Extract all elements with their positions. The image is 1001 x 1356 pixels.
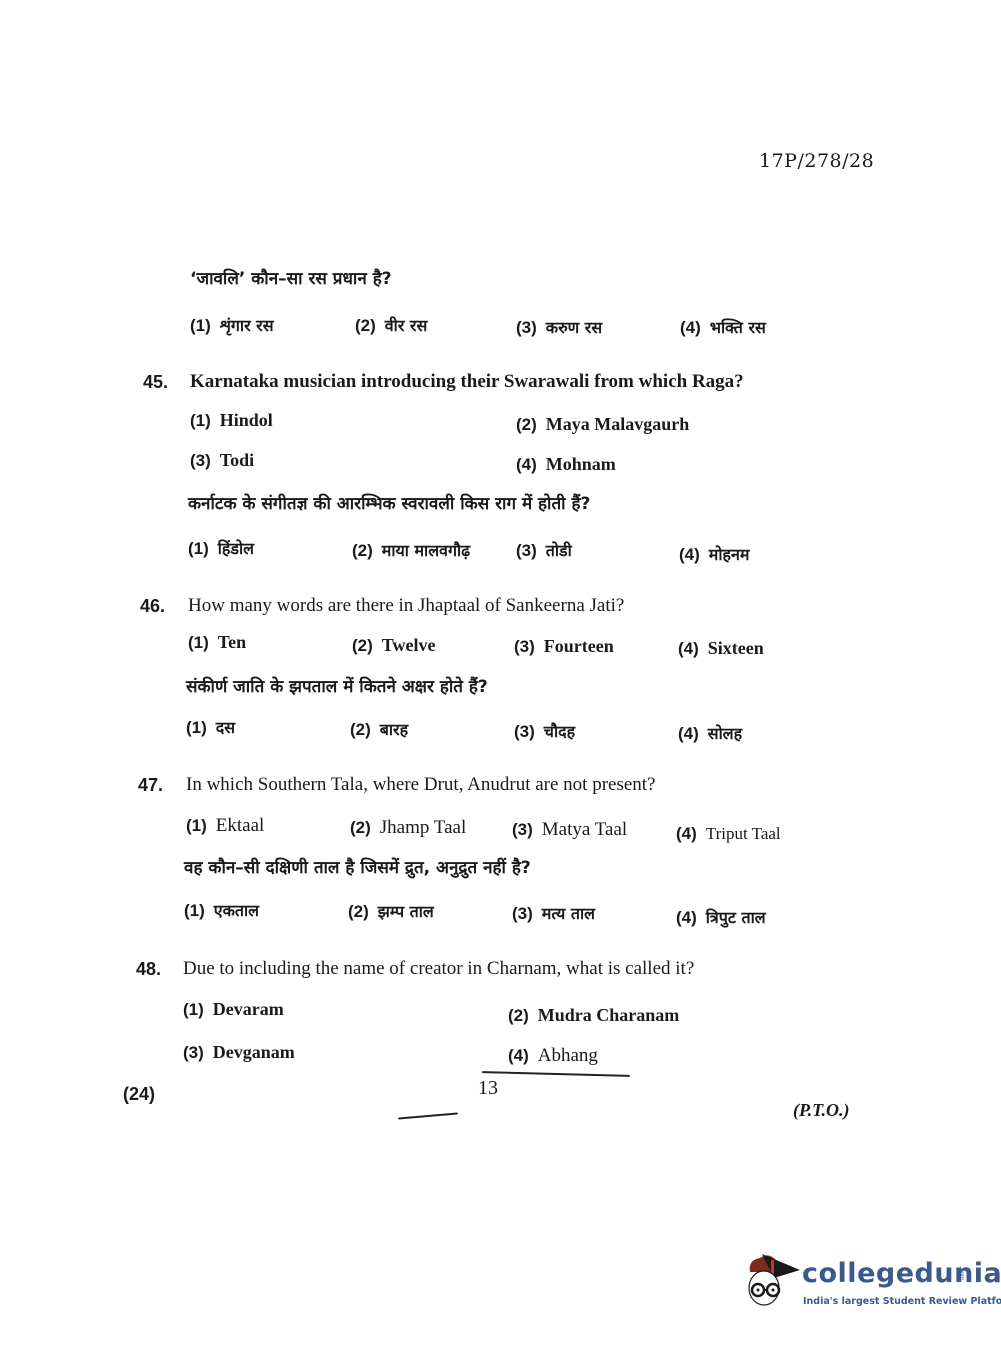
page-number: 13 bbox=[478, 1077, 498, 1100]
option-hindi: (1)एकताल bbox=[184, 899, 259, 921]
question-number: 48. bbox=[136, 959, 161, 980]
paper-code: 17P/278/28 bbox=[759, 150, 874, 172]
option-english: (1)Devaram bbox=[183, 999, 284, 1020]
option-english: (4)Sixteen bbox=[678, 638, 764, 659]
option-english: (3)Devganam bbox=[183, 1042, 295, 1063]
question-number: 47. bbox=[138, 775, 163, 796]
question-number: 45. bbox=[143, 372, 168, 393]
option-hindi: (4)भक्ति रस bbox=[680, 316, 766, 338]
option-hindi: (3)चौदह bbox=[514, 720, 575, 742]
option-english: (3)Matya Taal bbox=[512, 819, 627, 841]
option-hindi: (4)मोहनम bbox=[679, 543, 749, 565]
question-text-hindi: कर्नाटक के संगीतज्ञ की आरम्भिक स्वरावली … bbox=[188, 491, 590, 514]
option-hindi: (4)त्रिपुट ताल bbox=[676, 906, 766, 928]
option-english: (4)Mohnam bbox=[516, 454, 616, 475]
question-text-english: How many words are there in Jhaptaal of … bbox=[188, 595, 624, 617]
option-hindi: (1)दस bbox=[186, 716, 235, 738]
collegedunia-mascot-icon bbox=[742, 1250, 800, 1312]
option-english: (1)Hindol bbox=[190, 410, 273, 431]
option-hindi: (4)सोलह bbox=[678, 722, 742, 744]
option-hindi: (3)तोडी bbox=[516, 539, 572, 561]
footer-code: (24) bbox=[123, 1084, 155, 1105]
option-english: (1)Ektaal bbox=[186, 815, 264, 837]
option-hindi: (3)मत्य ताल bbox=[512, 902, 595, 924]
option-english: (2)Maya Malavgaurh bbox=[516, 414, 689, 435]
option-hindi: (2)वीर रस bbox=[355, 314, 427, 336]
brand-name: collegedunia bbox=[802, 1258, 1001, 1289]
option-hindi: (3)करुण रस bbox=[516, 316, 602, 338]
pto-label: (P.T.O.) bbox=[793, 1100, 850, 1121]
option-english: (2)Twelve bbox=[352, 635, 435, 656]
option-english: (3)Todi bbox=[190, 450, 254, 471]
option-hindi: (1)शृंगार रस bbox=[190, 314, 274, 336]
option-hindi: (1)हिंडोल bbox=[188, 537, 254, 559]
brand-domain: .com bbox=[958, 1266, 965, 1281]
pen-mark bbox=[482, 1071, 630, 1077]
question-text-english: In which Southern Tala, where Drut, Anud… bbox=[186, 774, 656, 796]
question-text-hindi: वह कौन–सी दक्षिणी ताल है जिसमें द्रुत, अ… bbox=[184, 855, 531, 878]
pen-mark bbox=[398, 1112, 458, 1119]
question-number: 46. bbox=[140, 596, 165, 617]
option-hindi: (2)झम्प ताल bbox=[348, 900, 434, 922]
option-english: (2)Jhamp Taal bbox=[350, 817, 466, 839]
option-english: (3)Fourteen bbox=[514, 636, 614, 657]
question-text-english: Karnataka musician introducing their Swa… bbox=[190, 371, 744, 393]
option-hindi: (2)बारह bbox=[350, 718, 408, 740]
question-text-english: Due to including the name of creator in … bbox=[183, 958, 694, 980]
option-hindi: (2)माया मालवगौढ़ bbox=[352, 539, 470, 561]
option-english: (4)Triput Taal bbox=[676, 823, 781, 844]
option-english: (1)Ten bbox=[188, 632, 246, 653]
question-text-hindi: संकीर्ण जाति के झपताल में कितने अक्षर हो… bbox=[186, 674, 488, 697]
question-text-hindi: ‘जावलि’ कौन–सा रस प्रधान है? bbox=[190, 266, 392, 289]
option-english: (4)Abhang bbox=[508, 1045, 598, 1067]
option-english: (2)Mudra Charanam bbox=[508, 1005, 679, 1026]
brand-tagline: India's largest Student Review Platform bbox=[803, 1296, 1001, 1307]
